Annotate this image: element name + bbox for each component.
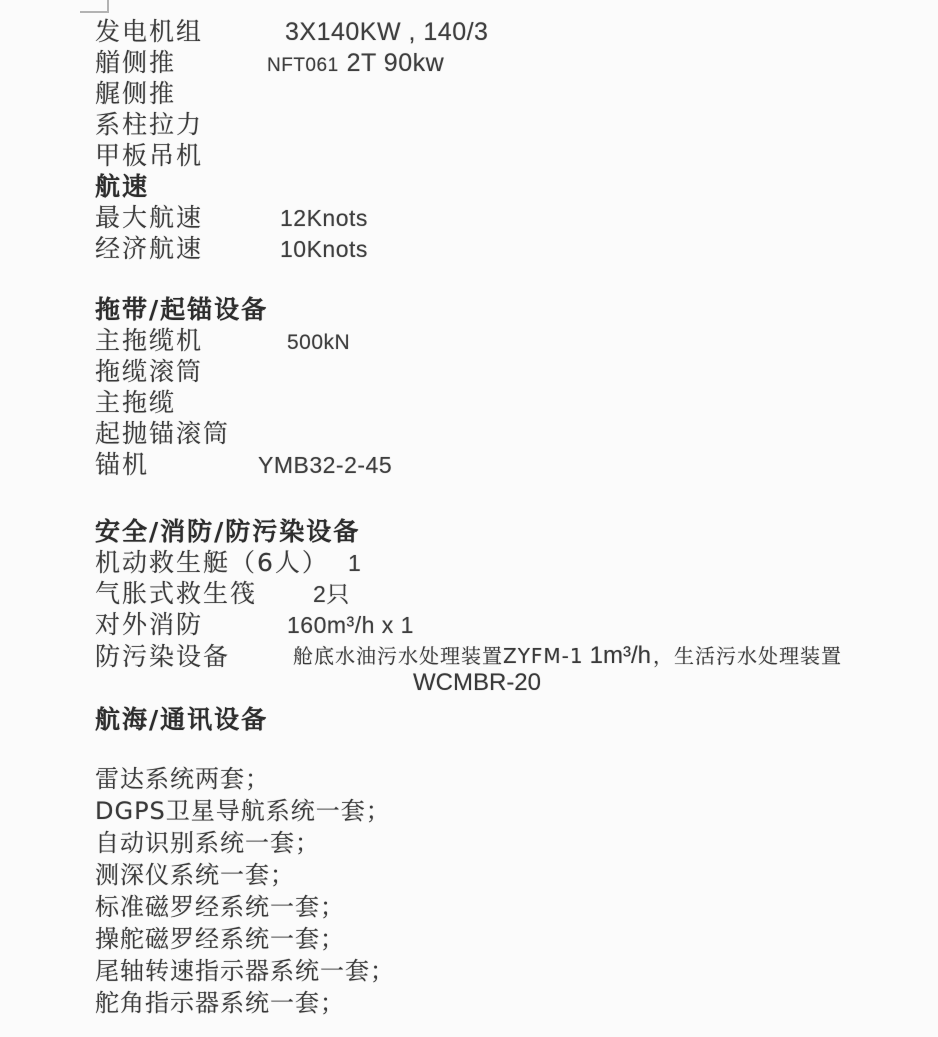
section-navigation-comms: 航海/通讯设备 — [95, 704, 928, 735]
spec-label: 机动救生艇（6人） — [95, 547, 348, 578]
sewage-device-model: WCMBR-20 — [293, 670, 842, 696]
spec-label: 对外消防 — [95, 609, 287, 640]
spec-row: 气胀式救生筏2只 — [95, 578, 928, 609]
spec-value: 160m³/h x 1 — [287, 612, 414, 638]
spec-row: 发电机组3X140KW , 140/3 — [95, 16, 928, 47]
spec-row: 主拖缆 — [95, 387, 928, 418]
spec-label: 拖缆滚筒 — [95, 356, 287, 387]
spec-label: 起抛锚滚筒 — [95, 418, 287, 449]
section-heading: 航海/通讯设备 — [95, 704, 928, 735]
section-safety-fire: 安全/消防/防污染设备机动救生艇（6人）1气胀式救生筏2只对外消防160m³/h… — [95, 516, 928, 640]
section-speed: 航速最大航速12Knots经济航速10Knots — [95, 171, 928, 264]
spec-label: 系柱拉力 — [95, 109, 285, 140]
spec-label: 锚机 — [95, 449, 258, 480]
spec-row: 起抛锚滚筒 — [95, 418, 928, 449]
section-heading: 航速 — [95, 171, 928, 202]
spec-value: 2只 — [313, 581, 350, 607]
spec-label: 艏侧推 — [95, 47, 267, 78]
spec-row: 系柱拉力 — [95, 109, 928, 140]
pollution-equipment-row: 防污染设备 舱底水油污水处理装置ZYFM-11m³/h，生活污水处理装置 WCM… — [95, 642, 928, 700]
spec-value: 10Knots — [280, 236, 368, 262]
spec-label: 艉侧推 — [95, 78, 285, 109]
spec-row: 甲板吊机 — [95, 140, 928, 171]
equipment-list-item: 操舵磁罗经系统一套； — [95, 923, 928, 955]
spec-label: 最大航速 — [95, 202, 280, 233]
spec-row: 主拖缆机500kN — [95, 325, 928, 356]
spec-label: 气胀式救生筏 — [95, 578, 313, 609]
equipment-list-item: 舵角指示器系统一套； — [95, 987, 928, 1019]
section-heading: 拖带/起锚设备 — [95, 294, 928, 325]
spec-label: 防污染设备 — [95, 642, 293, 672]
flow-rate-text: 1m³/h — [590, 642, 651, 669]
equipment-list-item: DGPS卫星导航系统一套； — [95, 795, 928, 827]
spec-row: 锚机YMB32-2-45 — [95, 449, 928, 480]
spec-row: 艉侧推 — [95, 78, 928, 109]
equipment-list-item: 自动识别系统一套； — [95, 827, 928, 859]
sewage-device-text: ，生活污水处理装置 — [653, 644, 842, 668]
spec-value: 1 — [348, 550, 361, 576]
pollution-value-line1: 舱底水油污水处理装置ZYFM-11m³/h，生活污水处理装置 — [293, 642, 842, 670]
spec-row: 经济航速10Knots — [95, 233, 928, 264]
spec-row: 机动救生艇（6人）1 — [95, 547, 928, 578]
equipment-list-item: 标准磁罗经系统一套； — [95, 891, 928, 923]
equipment-list-item: 尾轴转速指示器系统一套； — [95, 955, 928, 987]
equipment-list-item: 测深仪系统一套； — [95, 859, 928, 891]
equipment-list-item: 雷达系统两套； — [95, 763, 928, 795]
spec-row: 最大航速12Knots — [95, 202, 928, 233]
navigation-equipment-list: 雷达系统两套；DGPS卫星导航系统一套；自动识别系统一套；测深仪系统一套；标准磁… — [95, 763, 928, 1019]
spec-row: 拖缆滚筒 — [95, 356, 928, 387]
spec-label: 主拖缆 — [95, 387, 287, 418]
spec-label: 经济航速 — [95, 233, 280, 264]
scanned-document-page: 发电机组3X140KW , 140/3艏侧推NFT0612T 90kw艉侧推系柱… — [0, 0, 938, 1037]
spec-value: NFT061 — [267, 55, 339, 76]
spec-value: YMB32-2-45 — [258, 452, 392, 478]
spec-label: 主拖缆机 — [95, 325, 287, 356]
section-main-particulars: 发电机组3X140KW , 140/3艏侧推NFT0612T 90kw艉侧推系柱… — [95, 16, 928, 171]
spec-row: 对外消防160m³/h x 1 — [95, 609, 928, 640]
spec-value: 500kN — [287, 331, 350, 354]
spec-sheet: 发电机组3X140KW , 140/3艏侧推NFT0612T 90kw艉侧推系柱… — [95, 0, 928, 1019]
section-heading: 安全/消防/防污染设备 — [95, 516, 928, 547]
bilge-water-device-text: 舱底水油污水处理装置ZYFM-1 — [293, 644, 584, 668]
spec-label: 甲板吊机 — [95, 140, 285, 171]
spec-row: 艏侧推NFT0612T 90kw — [95, 47, 928, 78]
spec-value: 舱底水油污水处理装置ZYFM-11m³/h，生活污水处理装置 WCMBR-20 — [293, 642, 842, 696]
spec-value: 2T 90kw — [347, 49, 445, 77]
spec-label: 发电机组 — [95, 16, 285, 47]
spec-value: 3X140KW , 140/3 — [285, 18, 488, 46]
section-towing-anchoring: 拖带/起锚设备主拖缆机500kN拖缆滚筒主拖缆起抛锚滚筒锚机YMB32-2-45 — [95, 294, 928, 480]
spec-value: 12Knots — [280, 205, 368, 231]
